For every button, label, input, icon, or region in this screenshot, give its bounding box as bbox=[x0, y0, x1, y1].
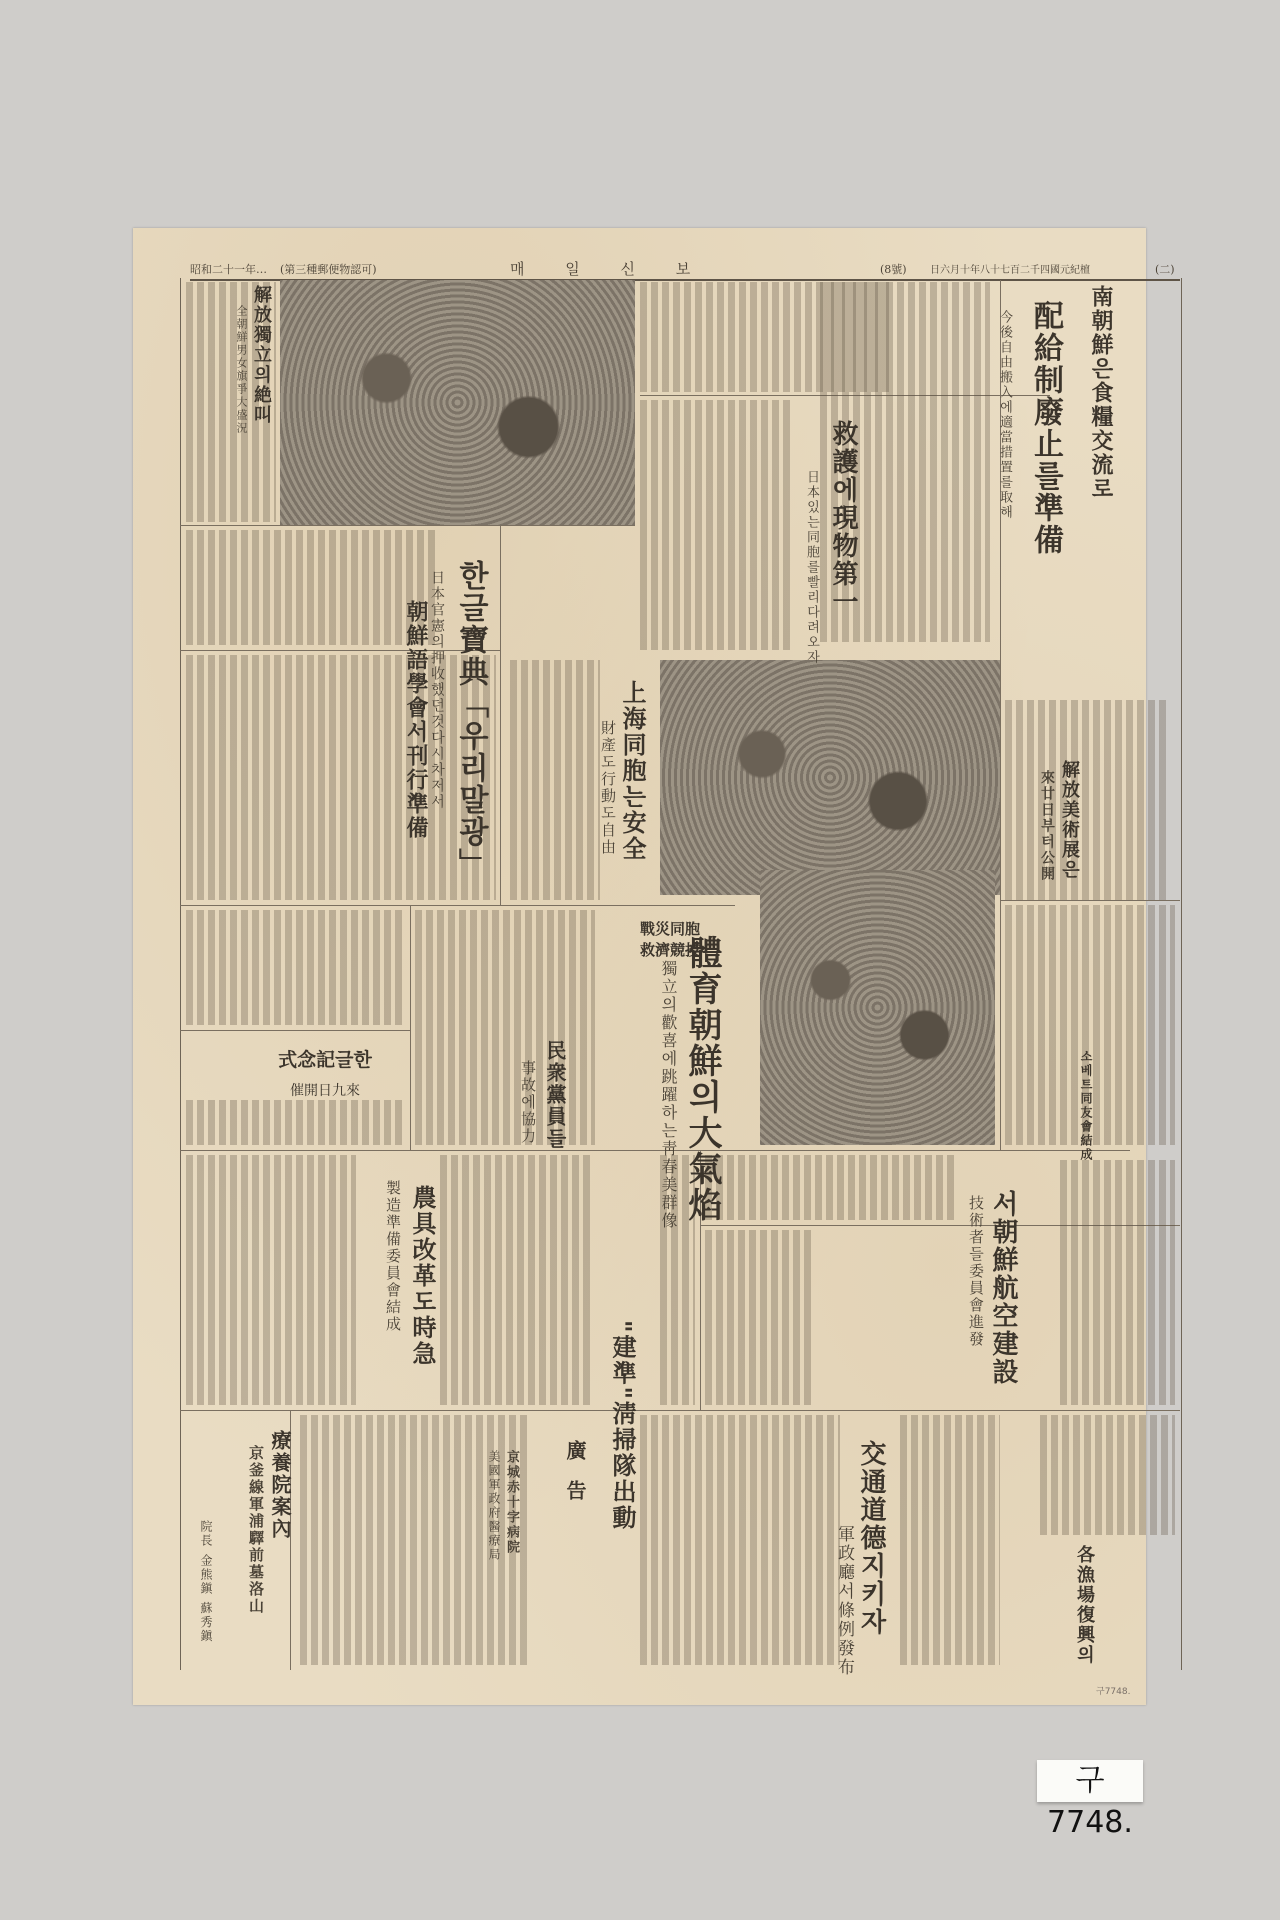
photo-sports-parade bbox=[660, 660, 1000, 895]
divider bbox=[180, 1030, 410, 1031]
headline-fishery: 各漁場復興의 bbox=[1075, 1545, 1093, 1665]
headline-hangul-day-title: 한글記念式 bbox=[255, 1045, 395, 1072]
article-body bbox=[186, 910, 406, 1025]
article-body bbox=[186, 1155, 356, 1405]
article-body bbox=[186, 530, 436, 645]
headline-food: 配給制廢止를準備 bbox=[1030, 300, 1060, 556]
headline-sanatorium: 療養院案內 bbox=[270, 1430, 290, 1540]
masthead-left-mid: (第三種郵便物認可) bbox=[280, 261, 377, 277]
subhead-traffic: 軍政廳서條例發布 bbox=[835, 1525, 852, 1677]
subhead-liberation: 全朝鮮男女旗爭大盛況 bbox=[236, 305, 247, 435]
divider bbox=[410, 905, 411, 1150]
headline-art-exhibit: 解放美術展은 bbox=[1060, 760, 1078, 880]
article-body bbox=[510, 660, 600, 900]
article-body bbox=[1060, 1160, 1175, 1405]
photo-athletes bbox=[760, 870, 995, 1145]
headline-farm-tools: 農具改革도時急 bbox=[410, 1185, 434, 1367]
issue-date: 日六月十年八十七百二千四國元紀檀 bbox=[930, 261, 1090, 276]
headline-liberation: 解放獨立의絶叫 bbox=[252, 285, 270, 425]
headline-sports: 體育朝鮮의大氣焰 bbox=[685, 935, 719, 1223]
subhead-art-exhibit: 來廿日부터公開 bbox=[1040, 770, 1054, 882]
divider bbox=[180, 1410, 1180, 1411]
subhead-rescue: 日本있는同胞를빨리다려오자 bbox=[805, 470, 818, 665]
issue-number: (8號) bbox=[880, 261, 907, 277]
article-body bbox=[1040, 1415, 1175, 1535]
subhead-farm-tools: 製造準備委員會結成 bbox=[385, 1180, 400, 1333]
divider bbox=[180, 525, 635, 526]
headline-shanghai: 上海同胞는安全 bbox=[620, 680, 644, 862]
pencil-mark: 구7748. bbox=[1096, 1684, 1130, 1697]
headline-hangul-day: 한글記念式 來九日開催 bbox=[255, 1045, 395, 1100]
subhead-hangul-dictionary: 日本官憲의押收했던것다시차저서 bbox=[430, 570, 444, 810]
subhead2-hangul-dictionary: 朝鮮語學會서刊行準備 bbox=[405, 600, 427, 840]
page-number: (二) bbox=[1155, 261, 1175, 277]
article-body bbox=[186, 1100, 406, 1145]
article-body bbox=[705, 1230, 815, 1405]
divider bbox=[180, 1150, 1130, 1151]
subhead-sanatorium: 京釜線軍浦驛前墓洛山 bbox=[248, 1445, 263, 1615]
photo-liberation-rally bbox=[280, 280, 635, 525]
article-body bbox=[900, 1415, 1000, 1665]
headline-hangul-day-sub: 來九日開催 bbox=[255, 1080, 395, 1100]
divider bbox=[1000, 900, 1180, 901]
article-body bbox=[1005, 700, 1170, 900]
subhead-shanghai: 財產도行動도自由 bbox=[600, 720, 615, 856]
headline-aviation: 서朝鮮航空建設 bbox=[990, 1190, 1016, 1386]
headline-hangul-dictionary: 한글寶典「우리말광」 bbox=[455, 560, 485, 880]
subhead-hospital: 美國軍政府醫療局 bbox=[488, 1450, 500, 1562]
headline-rescue: 救護에現物第一 bbox=[830, 420, 856, 616]
subhead-sports: 獨立의歡喜에跳躍하는靑春美群像 bbox=[660, 960, 676, 1230]
headline-volunteers: 民衆黨員들 bbox=[545, 1040, 565, 1150]
article-body bbox=[186, 655, 496, 900]
subhead-volunteers: 事故에協力 bbox=[520, 1060, 535, 1145]
headline-soviet: 소베트同友會結成 bbox=[1080, 1050, 1092, 1162]
divider bbox=[180, 650, 500, 651]
subhead-food: 今後自由搬入에適當措置를取해 bbox=[998, 310, 1011, 520]
masthead-left: 昭和二十一年… bbox=[190, 261, 267, 277]
article-body bbox=[705, 1155, 955, 1220]
headline-cleanup: "建準"淸掃隊出動 bbox=[610, 1320, 634, 1531]
subhead-aviation: 技術者들委員會進發 bbox=[968, 1195, 983, 1348]
headline-hospital: 京城赤十字病院 bbox=[505, 1450, 518, 1555]
sanatorium-director: 院長 金熊鎭 蘇秀鎭 bbox=[200, 1520, 212, 1644]
article-body bbox=[415, 910, 595, 1145]
paper-name: 매 일 신 보 bbox=[510, 258, 708, 279]
catalog-label: 구7748. bbox=[1037, 1760, 1143, 1802]
headline-ads: 廣告 bbox=[565, 1440, 585, 1520]
headline-traffic: 交通道德지키자 bbox=[858, 1440, 884, 1636]
article-body bbox=[640, 400, 790, 650]
article-body bbox=[640, 1415, 840, 1665]
article-body bbox=[440, 1155, 590, 1405]
divider bbox=[180, 905, 735, 906]
divider bbox=[500, 525, 501, 905]
headline-food-kicker: 南朝鮮은食糧交流로 bbox=[1090, 285, 1112, 501]
